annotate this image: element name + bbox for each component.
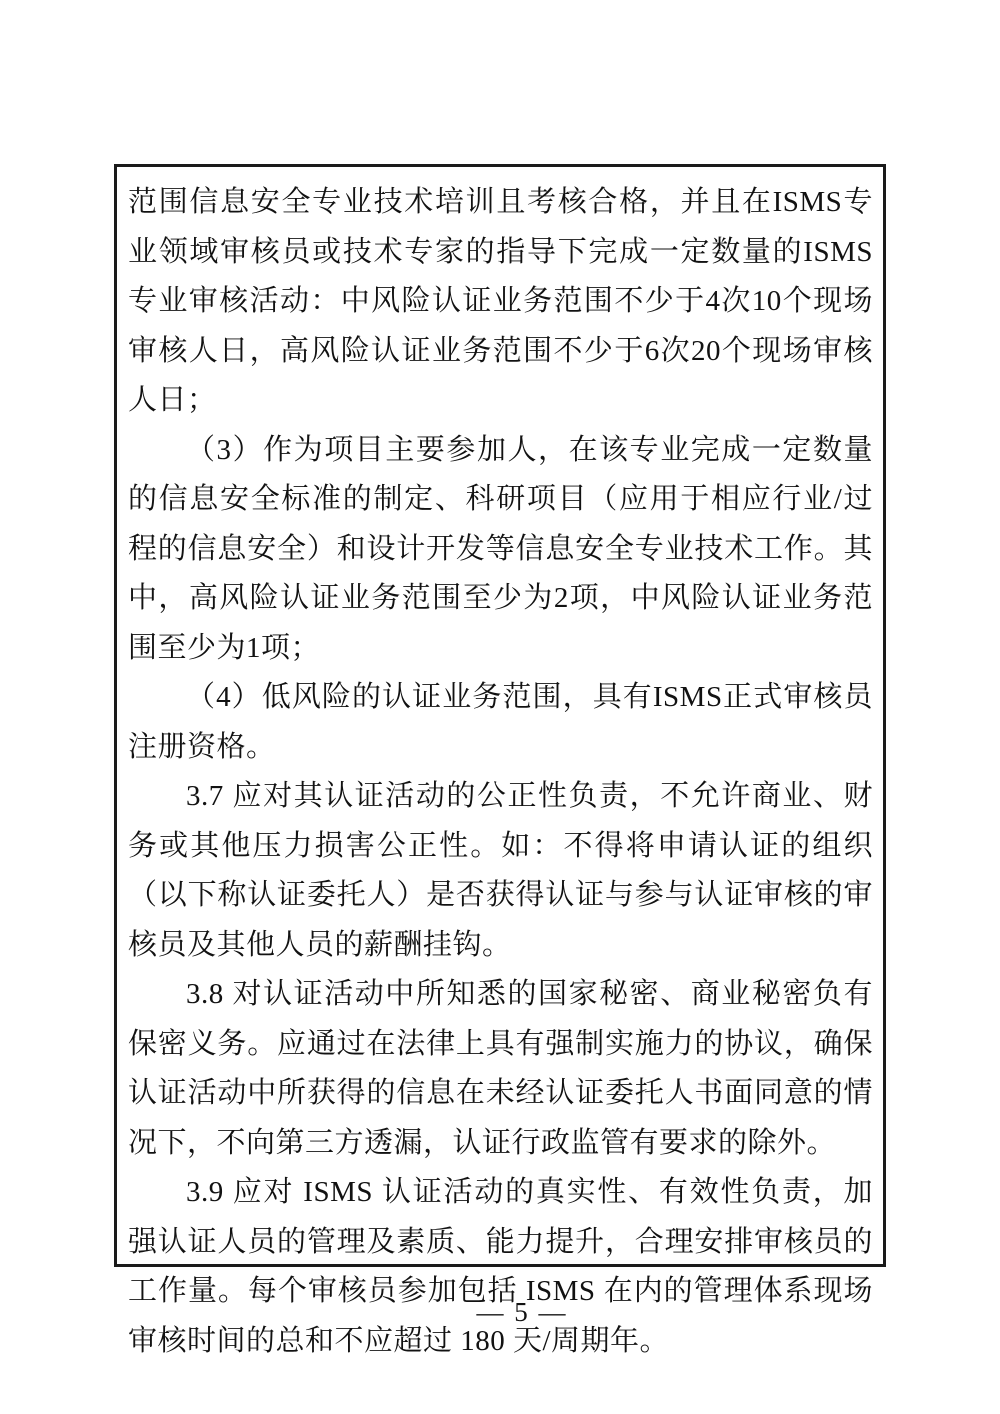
paragraph: 范围信息安全专业技术培训且考核合格，并且在ISMS专业领域审核员或技术专家的指导… [128, 178, 873, 426]
paragraph: （4）低风险的认证业务范围，具有ISMS正式审核员注册资格。 [128, 673, 873, 772]
paragraph: 3.7 应对其认证活动的公正性负责，不允许商业、财务或其他压力损害公正性。如：不… [128, 772, 873, 970]
document-page: 范围信息安全专业技术培训且考核合格，并且在ISMS专业领域审核员或技术专家的指导… [0, 0, 1000, 1414]
content-border-box: 范围信息安全专业技术培训且考核合格，并且在ISMS专业领域审核员或技术专家的指导… [114, 164, 886, 1267]
paragraph: 3.8 对认证活动中所知悉的国家秘密、商业秘密负有保密义务。应通过在法律上具有强… [128, 970, 873, 1168]
page-number: — 5 — [44, 1297, 1000, 1328]
paragraph: （3）作为项目主要参加人，在该专业完成一定数量的信息安全标准的制定、科研项目（应… [128, 426, 873, 674]
paragraph: 3.9 应对 ISMS 认证活动的真实性、有效性负责，加强认证人员的管理及素质、… [128, 1168, 873, 1366]
